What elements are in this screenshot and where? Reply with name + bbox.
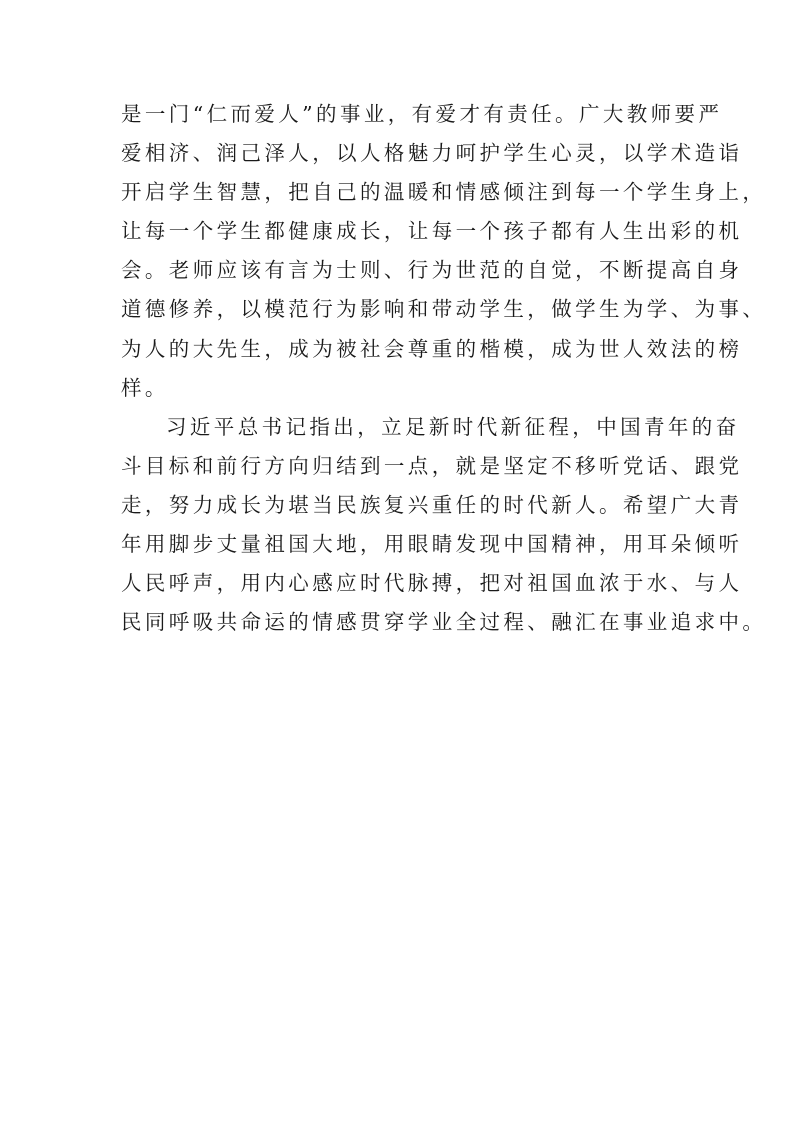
text-line: 让每一个学生都健康成长，让每一个孩子都有人生出彩的机 — [121, 212, 681, 251]
text-line: 会。老师应该有言为士则、行为世范的自觉，不断提高自身 — [121, 251, 681, 290]
text-line: 民同呼吸共命运的情感贯穿学业全过程、融汇在事业追求中。 — [121, 603, 681, 642]
text-line: 斗目标和前行方向归结到一点，就是坚定不移听党话、跟党 — [121, 447, 681, 486]
text-line: 爱相济、润己泽人，以人格魅力呵护学生心灵，以学术造诣 — [121, 134, 681, 173]
text-line: 走，努力成长为堪当民族复兴重任的时代新人。希望广大青 — [121, 486, 681, 525]
text-line: 道德修养，以模范行为影响和带动学生，做学生为学、为事、 — [121, 290, 681, 329]
text-line-indented: 习近平总书记指出，立足新时代新征程，中国青年的奋 — [121, 408, 681, 447]
text-line: 是一门“仁而爱人”的事业，有爱才有责任。广大教师要严 — [121, 95, 681, 134]
text-line: 年用脚步丈量祖国大地，用眼睛发现中国精神，用耳朵倾听 — [121, 525, 681, 564]
text-line: 人民呼声，用内心感应时代脉搏，把对祖国血浓于水、与人 — [121, 564, 681, 603]
text-line: 为人的大先生，成为被社会尊重的楷模，成为世人效法的榜 — [121, 330, 681, 369]
text-line: 开启学生智慧，把自己的温暖和情感倾注到每一个学生身上， — [121, 173, 681, 212]
paragraph-2: 习近平总书记指出，立足新时代新征程，中国青年的奋 斗目标和前行方向归结到一点，就… — [121, 408, 681, 643]
paragraph-1: 是一门“仁而爱人”的事业，有爱才有责任。广大教师要严 爱相济、润己泽人，以人格魅… — [121, 95, 681, 408]
text-line: 样。 — [121, 369, 681, 408]
document-page: 是一门“仁而爱人”的事业，有爱才有责任。广大教师要严 爱相济、润己泽人，以人格魅… — [121, 95, 681, 642]
